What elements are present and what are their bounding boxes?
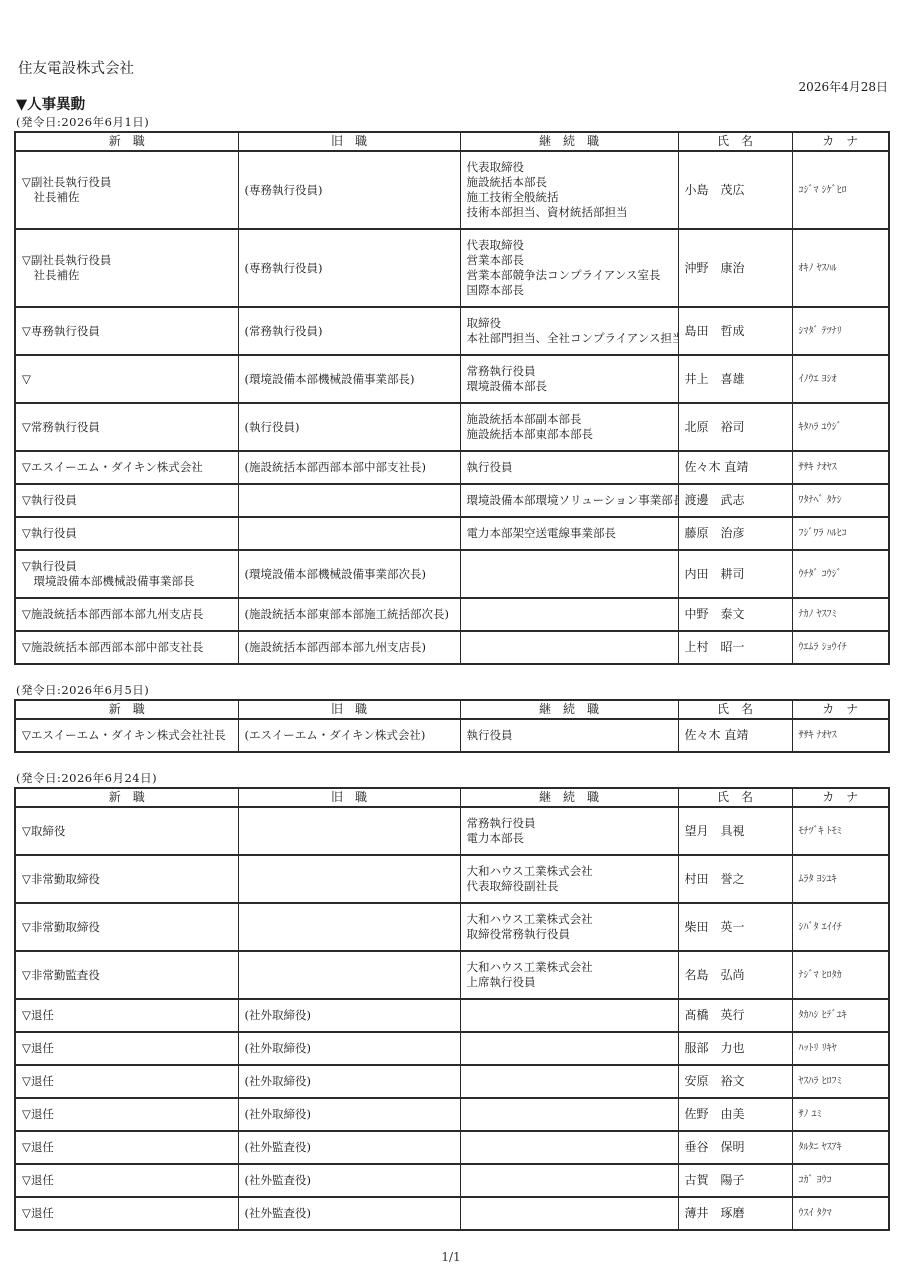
cell-line: ﾊｯﾄﾘ ﾘｷﾔ (799, 1041, 883, 1056)
cell-line: ▽非常勤取締役 (22, 920, 232, 935)
continuing-position-cell: 大和ハウス工業株式会社取締役常務執行役員 (460, 903, 678, 951)
cell-line: ﾅｼﾞﾏ ﾋﾛﾀｶ (799, 968, 883, 983)
new-position-cell: ▽執行役員 (15, 517, 238, 550)
name-cell: 望月 具視 (678, 807, 792, 855)
table-row: ▽副社長執行役員 社長補佐(専務執行役員)代表取締役施設統括本部長施工技術全般統… (15, 151, 889, 229)
cell-line: ｼﾏﾀﾞ ﾃﾂﾅﾘ (799, 324, 883, 339)
kana-cell: ﾅｼﾞﾏ ﾋﾛﾀｶ (792, 951, 889, 999)
personnel-table: 新 職旧 職継 続 職氏 名カ ナ ▽エスイーエム・ダイキン株式会社社長(エスイ… (14, 699, 890, 753)
cell-line: ｼﾊﾞﾀ ｴｲｲﾁ (799, 920, 883, 935)
continuing-position-cell (460, 598, 678, 631)
cell-line: ▽施設統括本部西部本部中部支社長 (22, 640, 232, 655)
name-cell: 沖野 康治 (678, 229, 792, 307)
cell-line: (社外取締役) (245, 1041, 454, 1056)
cell-line: 常務執行役員 (467, 816, 672, 831)
new-position-cell: ▽退任 (15, 1065, 238, 1098)
kana-cell: ｻｻｷ ﾅｵﾔｽ (792, 719, 889, 752)
kana-cell: ﾀﾙﾀﾆ ﾔｽｱｷ (792, 1131, 889, 1164)
name-cell: 北原 裕司 (678, 403, 792, 451)
old-position-cell: (社外取締役) (238, 999, 460, 1032)
cell-line: (エスイーエム・ダイキン株式会社) (245, 728, 454, 743)
cell-line: ▽退任 (22, 1173, 232, 1188)
name-cell: 井上 喜雄 (678, 355, 792, 403)
kana-cell: ﾓﾁﾂﾞｷ ﾄﾓﾐ (792, 807, 889, 855)
kana-cell: ｷﾀﾊﾗ ﾕｳｼﾞ (792, 403, 889, 451)
cell-line: 営業本部競争法コンプライアンス室長 (467, 268, 672, 283)
cell-line: (施設統括本部西部本部九州支店長) (245, 640, 454, 655)
kana-cell: ｺｼﾞﾏ ｼｹﾞﾋﾛ (792, 151, 889, 229)
cell-line: ｳｽｲ ﾀｸﾏ (799, 1206, 883, 1221)
cell-line: ▽退任 (22, 1041, 232, 1056)
cell-line: ▽施設統括本部西部本部九州支店長 (22, 607, 232, 622)
cell-line: 井上 喜雄 (685, 372, 786, 387)
old-position-cell: (常務執行役員) (238, 307, 460, 355)
cell-line: ▽退任 (22, 1206, 232, 1221)
continuing-position-cell (460, 550, 678, 598)
cell-line: ｻｻｷ ﾅｵﾔｽ (799, 460, 883, 475)
new-position-cell: ▽エスイーエム・ダイキン株式会社 (15, 451, 238, 484)
cell-line: 常務執行役員 (467, 364, 672, 379)
cell-line: (施設統括本部東部本部施工統括部次長) (245, 607, 454, 622)
name-cell: 服部 力也 (678, 1032, 792, 1065)
cell-line: ▽非常勤監査役 (22, 968, 232, 983)
announcement-section: (発令日:2026年6月5日) 新 職旧 職継 続 職氏 名カ ナ ▽エスイーエ… (14, 683, 888, 753)
effective-date-label: (発令日:2026年6月5日) (16, 683, 888, 698)
column-header: 継 続 職 (460, 700, 678, 719)
new-position-cell: ▽施設統括本部西部本部中部支社長 (15, 631, 238, 664)
table-row: ▽執行役員 環境設備本部機械設備事業部長(環境設備本部機械設備事業部次長)内田 … (15, 550, 889, 598)
announcement-section: (発令日:2026年6月1日) 新 職旧 職継 続 職氏 名カ ナ ▽副社長執行… (14, 115, 888, 665)
kana-cell: ｵｷﾉ ﾔｽﾊﾙ (792, 229, 889, 307)
name-cell: 髙橋 英行 (678, 999, 792, 1032)
old-position-cell: (社外取締役) (238, 1065, 460, 1098)
cell-line: 電力本部架空送電線事業部長 (467, 526, 672, 541)
cell-line: 本社部門担当、全社コンプライアンス担当 (467, 331, 672, 346)
table-header-row: 新 職旧 職継 続 職氏 名カ ナ (15, 132, 889, 151)
new-position-cell: ▽退任 (15, 999, 238, 1032)
table-row: ▽非常勤取締役大和ハウス工業株式会社代表取締役副社長村田 誉之ﾑﾗﾀ ﾖｼﾕｷ (15, 855, 889, 903)
column-header: 旧 職 (238, 788, 460, 807)
kana-cell: ﾅｶﾉ ﾔｽﾌﾐ (792, 598, 889, 631)
table-row: ▽退任(社外監査役)薄井 琢磨ｳｽｲ ﾀｸﾏ (15, 1197, 889, 1230)
continuing-position-cell: 大和ハウス工業株式会社代表取締役副社長 (460, 855, 678, 903)
cell-line: 大和ハウス工業株式会社 (467, 912, 672, 927)
cell-line: (社外監査役) (245, 1206, 454, 1221)
kana-cell: ｳｴﾑﾗ ｼｮｳｲﾁ (792, 631, 889, 664)
cell-line: 国際本部長 (467, 283, 672, 298)
old-position-cell: (社外監査役) (238, 1131, 460, 1164)
cell-line: ｺｼﾞﾏ ｼｹﾞﾋﾛ (799, 183, 883, 198)
column-header: 氏 名 (678, 700, 792, 719)
old-position-cell: (施設統括本部東部本部施工統括部次長) (238, 598, 460, 631)
kana-cell: ﾊｯﾄﾘ ﾘｷﾔ (792, 1032, 889, 1065)
name-cell: 名島 弘尚 (678, 951, 792, 999)
cell-line: 技術本部担当、資材統括部担当 (467, 205, 672, 220)
table-row: ▽退任(社外取締役)安原 裕文ﾔｽﾊﾗ ﾋﾛﾌﾐ (15, 1065, 889, 1098)
name-cell: 上村 昭一 (678, 631, 792, 664)
cell-line: (社外監査役) (245, 1173, 454, 1188)
continuing-position-cell: 電力本部架空送電線事業部長 (460, 517, 678, 550)
cell-line: 藤原 治彦 (685, 526, 786, 541)
cell-line: 内田 耕司 (685, 567, 786, 582)
old-position-cell: (執行役員) (238, 403, 460, 451)
cell-line: 大和ハウス工業株式会社 (467, 864, 672, 879)
table-body: ▽副社長執行役員 社長補佐(専務執行役員)代表取締役施設統括本部長施工技術全般統… (15, 151, 889, 664)
old-position-cell (238, 855, 460, 903)
cell-line: ▽常務執行役員 (22, 420, 232, 435)
cell-line: 取締役常務執行役員 (467, 927, 672, 942)
new-position-cell: ▽取締役 (15, 807, 238, 855)
kana-cell: ﾜﾀﾅﾍﾞ ﾀｹｼ (792, 484, 889, 517)
announcement-section: (発令日:2026年6月24日) 新 職旧 職継 続 職氏 名カ ナ ▽取締役常… (14, 771, 888, 1231)
cell-line: (専務執行役員) (245, 183, 454, 198)
column-header: 新 職 (15, 700, 238, 719)
cell-line: 施設統括本部副本部長 (467, 412, 672, 427)
name-cell: 垂谷 保明 (678, 1131, 792, 1164)
cell-line: 環境設備本部長 (467, 379, 672, 394)
name-cell: 渡邊 武志 (678, 484, 792, 517)
name-cell: 中野 泰文 (678, 598, 792, 631)
continuing-position-cell: 大和ハウス工業株式会社上席執行役員 (460, 951, 678, 999)
cell-line: ｻﾉ ﾕﾐ (799, 1107, 883, 1122)
kana-cell: ｺｶﾞ ﾖｳｺ (792, 1164, 889, 1197)
cell-line: 施工技術全般統括 (467, 190, 672, 205)
table-row: ▽施設統括本部西部本部中部支社長(施設統括本部西部本部九州支店長)上村 昭一ｳｴ… (15, 631, 889, 664)
old-position-cell: (エスイーエム・ダイキン株式会社) (238, 719, 460, 752)
new-position-cell: ▽エスイーエム・ダイキン株式会社社長 (15, 719, 238, 752)
table-body: ▽エスイーエム・ダイキン株式会社社長(エスイーエム・ダイキン株式会社)執行役員佐… (15, 719, 889, 752)
kana-cell: ﾀｶﾊｼ ﾋﾃﾞﾕｷ (792, 999, 889, 1032)
cell-line: 薄井 琢磨 (685, 1206, 786, 1221)
cell-line: 服部 力也 (685, 1041, 786, 1056)
cell-line: (常務執行役員) (245, 324, 454, 339)
cell-line: 代表取締役副社長 (467, 879, 672, 894)
cell-line: ▽退任 (22, 1140, 232, 1155)
column-header: カ ナ (792, 700, 889, 719)
table-row: ▽エスイーエム・ダイキン株式会社社長(エスイーエム・ダイキン株式会社)執行役員佐… (15, 719, 889, 752)
new-position-cell: ▽退任 (15, 1131, 238, 1164)
cell-line: ｺｶﾞ ﾖｳｺ (799, 1173, 883, 1188)
cell-line: (環境設備本部機械設備事業部長) (245, 372, 454, 387)
table-row: ▽退任(社外取締役)佐野 由美ｻﾉ ﾕﾐ (15, 1098, 889, 1131)
old-position-cell: (環境設備本部機械設備事業部次長) (238, 550, 460, 598)
cell-line: (社外取締役) (245, 1008, 454, 1023)
cell-line: ▽副社長執行役員 (22, 175, 232, 190)
kana-cell: ｻｻｷ ﾅｵﾔｽ (792, 451, 889, 484)
continuing-position-cell: 環境設備本部環境ソリューション事業部長 (460, 484, 678, 517)
kana-cell: ﾔｽﾊﾗ ﾋﾛﾌﾐ (792, 1065, 889, 1098)
continuing-position-cell (460, 999, 678, 1032)
cell-line: 代表取締役 (467, 238, 672, 253)
cell-line: (施設統括本部西部本部中部支社長) (245, 460, 454, 475)
kana-cell: ﾑﾗﾀ ﾖｼﾕｷ (792, 855, 889, 903)
new-position-cell: ▽退任 (15, 1032, 238, 1065)
cell-line: 執行役員 (467, 728, 672, 743)
cell-line: (環境設備本部機械設備事業部次長) (245, 567, 454, 582)
cell-line: ｳﾁﾀﾞ ｺｳｼﾞ (799, 567, 883, 582)
cell-line: 佐々木 直靖 (685, 460, 786, 475)
table-row: ▽常務執行役員(執行役員)施設統括本部副本部長施設統括本部東部本部長北原 裕司ｷ… (15, 403, 889, 451)
table-row: ▽副社長執行役員 社長補佐(専務執行役員)代表取締役営業本部長営業本部競争法コン… (15, 229, 889, 307)
continuing-position-cell: 代表取締役営業本部長営業本部競争法コンプライアンス室長国際本部長 (460, 229, 678, 307)
column-header: 継 続 職 (460, 132, 678, 151)
continuing-position-cell: 常務執行役員電力本部長 (460, 807, 678, 855)
column-header: 新 職 (15, 788, 238, 807)
cell-line: ▽取締役 (22, 824, 232, 839)
cell-line: 垂谷 保明 (685, 1140, 786, 1155)
cell-line: (専務執行役員) (245, 261, 454, 276)
cell-line: 環境設備本部環境ソリューション事業部長 (467, 493, 672, 508)
cell-line: ▽退任 (22, 1107, 232, 1122)
cell-line: ｳｴﾑﾗ ｼｮｳｲﾁ (799, 640, 883, 655)
old-position-cell: (施設統括本部西部本部中部支社長) (238, 451, 460, 484)
kana-cell: ｼﾏﾀﾞ ﾃﾂﾅﾘ (792, 307, 889, 355)
column-header: 旧 職 (238, 700, 460, 719)
old-position-cell (238, 807, 460, 855)
cell-line: ▽非常勤取締役 (22, 872, 232, 887)
cell-line: (社外監査役) (245, 1140, 454, 1155)
column-header: 継 続 職 (460, 788, 678, 807)
kana-cell: ﾌｼﾞﾜﾗ ﾊﾙﾋｺ (792, 517, 889, 550)
column-header: 氏 名 (678, 132, 792, 151)
effective-date-label: (発令日:2026年6月1日) (16, 115, 888, 130)
name-cell: 佐々木 直靖 (678, 451, 792, 484)
table-row: ▽退任(社外取締役)服部 力也ﾊｯﾄﾘ ﾘｷﾔ (15, 1032, 889, 1065)
issue-date: 2026年4月28日 (14, 80, 888, 95)
table-row: ▽退任(社外取締役)髙橋 英行ﾀｶﾊｼ ﾋﾃﾞﾕｷ (15, 999, 889, 1032)
cell-line: 執行役員 (467, 460, 672, 475)
cell-line: ｻｻｷ ﾅｵﾔｽ (799, 728, 883, 743)
table-row: ▽退任(社外監査役)古賀 陽子ｺｶﾞ ﾖｳｺ (15, 1164, 889, 1197)
continuing-position-cell (460, 1131, 678, 1164)
new-position-cell: ▽非常勤監査役 (15, 951, 238, 999)
cell-line: 渡邊 武志 (685, 493, 786, 508)
cell-line: 北原 裕司 (685, 420, 786, 435)
personnel-announcement-document: 住友電設株式会社 2026年4月28日 ▼人事異動 (発令日:2026年6月1日… (0, 0, 902, 1280)
cell-line: 上村 昭一 (685, 640, 786, 655)
new-position-cell: ▽非常勤取締役 (15, 855, 238, 903)
company-name: 住友電設株式会社 (18, 60, 888, 78)
personnel-table: 新 職旧 職継 続 職氏 名カ ナ ▽取締役常務執行役員電力本部長望月 具視ﾓﾁ… (14, 787, 890, 1231)
continuing-position-cell: 常務執行役員環境設備本部長 (460, 355, 678, 403)
old-position-cell: (環境設備本部機械設備事業部長) (238, 355, 460, 403)
cell-line: 村田 誉之 (685, 872, 786, 887)
cell-line: 望月 具視 (685, 824, 786, 839)
continuing-position-cell: 取締役本社部門担当、全社コンプライアンス担当 (460, 307, 678, 355)
cell-line: ﾀﾙﾀﾆ ﾔｽｱｷ (799, 1140, 883, 1155)
name-cell: 佐野 由美 (678, 1098, 792, 1131)
name-cell: 佐々木 直靖 (678, 719, 792, 752)
new-position-cell: ▽非常勤取締役 (15, 903, 238, 951)
name-cell: 内田 耕司 (678, 550, 792, 598)
new-position-cell: ▽退任 (15, 1164, 238, 1197)
cell-line: 古賀 陽子 (685, 1173, 786, 1188)
cell-line: ﾑﾗﾀ ﾖｼﾕｷ (799, 872, 883, 887)
cell-line: 営業本部長 (467, 253, 672, 268)
new-position-cell: ▽副社長執行役員 社長補佐 (15, 229, 238, 307)
table-row: ▽(環境設備本部機械設備事業部長)常務執行役員環境設備本部長井上 喜雄ｲﾉｳｴ … (15, 355, 889, 403)
continuing-position-cell: 執行役員 (460, 451, 678, 484)
personnel-table: 新 職旧 職継 続 職氏 名カ ナ ▽副社長執行役員 社長補佐(専務執行役員)代… (14, 131, 890, 665)
column-header: 氏 名 (678, 788, 792, 807)
cell-line: ▽執行役員 (22, 493, 232, 508)
continuing-position-cell (460, 1164, 678, 1197)
kana-cell: ｼﾊﾞﾀ ｴｲｲﾁ (792, 903, 889, 951)
continuing-position-cell (460, 1032, 678, 1065)
table-row: ▽執行役員環境設備本部環境ソリューション事業部長渡邊 武志ﾜﾀﾅﾍﾞ ﾀｹｼ (15, 484, 889, 517)
cell-line: ▽ (22, 372, 232, 387)
old-position-cell: (専務執行役員) (238, 151, 460, 229)
page-title: ▼人事異動 (16, 96, 888, 114)
name-cell: 安原 裕文 (678, 1065, 792, 1098)
cell-line: 沖野 康治 (685, 261, 786, 276)
new-position-cell: ▽常務執行役員 (15, 403, 238, 451)
kana-cell: ｻﾉ ﾕﾐ (792, 1098, 889, 1131)
cell-line: ｲﾉｳｴ ﾖｼｵ (799, 372, 883, 387)
name-cell: 柴田 英一 (678, 903, 792, 951)
name-cell: 薄井 琢磨 (678, 1197, 792, 1230)
table-body: ▽取締役常務執行役員電力本部長望月 具視ﾓﾁﾂﾞｷ ﾄﾓﾐ▽非常勤取締役大和ハウ… (15, 807, 889, 1230)
old-position-cell: (社外監査役) (238, 1164, 460, 1197)
cell-line: ▽退任 (22, 1074, 232, 1089)
cell-line: ﾅｶﾉ ﾔｽﾌﾐ (799, 607, 883, 622)
table-row: ▽非常勤取締役大和ハウス工業株式会社取締役常務執行役員柴田 英一ｼﾊﾞﾀ ｴｲｲ… (15, 903, 889, 951)
new-position-cell: ▽執行役員 環境設備本部機械設備事業部長 (15, 550, 238, 598)
cell-line: ▽副社長執行役員 (22, 253, 232, 268)
continuing-position-cell (460, 631, 678, 664)
new-position-cell: ▽副社長執行役員 社長補佐 (15, 151, 238, 229)
continuing-position-cell (460, 1098, 678, 1131)
continuing-position-cell (460, 1197, 678, 1230)
cell-line: (社外取締役) (245, 1074, 454, 1089)
old-position-cell (238, 903, 460, 951)
name-cell: 古賀 陽子 (678, 1164, 792, 1197)
table-row: ▽執行役員電力本部架空送電線事業部長藤原 治彦ﾌｼﾞﾜﾗ ﾊﾙﾋｺ (15, 517, 889, 550)
cell-line: ▽執行役員 (22, 526, 232, 541)
continuing-position-cell (460, 1065, 678, 1098)
cell-line: ﾌｼﾞﾜﾗ ﾊﾙﾋｺ (799, 526, 883, 541)
cell-line: ﾜﾀﾅﾍﾞ ﾀｹｼ (799, 493, 883, 508)
cell-line: ｵｷﾉ ﾔｽﾊﾙ (799, 261, 883, 276)
cell-line: 佐野 由美 (685, 1107, 786, 1122)
column-header: カ ナ (792, 788, 889, 807)
cell-line: 施設統括本部東部本部長 (467, 427, 672, 442)
table-row: ▽非常勤監査役大和ハウス工業株式会社上席執行役員名島 弘尚ﾅｼﾞﾏ ﾋﾛﾀｶ (15, 951, 889, 999)
cell-line: ｷﾀﾊﾗ ﾕｳｼﾞ (799, 420, 883, 435)
cell-line: 島田 哲成 (685, 324, 786, 339)
cell-line: 小島 茂広 (685, 183, 786, 198)
name-cell: 藤原 治彦 (678, 517, 792, 550)
kana-cell: ｲﾉｳｴ ﾖｼｵ (792, 355, 889, 403)
table-row: ▽エスイーエム・ダイキン株式会社(施設統括本部西部本部中部支社長)執行役員佐々木… (15, 451, 889, 484)
cell-line: ▽専務執行役員 (22, 324, 232, 339)
page-number: 1/1 (0, 1250, 902, 1264)
old-position-cell: (施設統括本部西部本部九州支店長) (238, 631, 460, 664)
cell-line: 名島 弘尚 (685, 968, 786, 983)
old-position-cell: (社外取締役) (238, 1032, 460, 1065)
cell-line: ﾔｽﾊﾗ ﾋﾛﾌﾐ (799, 1074, 883, 1089)
cell-line: 取締役 (467, 316, 672, 331)
old-position-cell: (社外監査役) (238, 1197, 460, 1230)
cell-line: 環境設備本部機械設備事業部長 (22, 574, 232, 589)
table-row: ▽専務執行役員(常務執行役員)取締役本社部門担当、全社コンプライアンス担当島田 … (15, 307, 889, 355)
cell-line: 柴田 英一 (685, 920, 786, 935)
continuing-position-cell: 施設統括本部副本部長施設統括本部東部本部長 (460, 403, 678, 451)
name-cell: 村田 誉之 (678, 855, 792, 903)
cell-line: 佐々木 直靖 (685, 728, 786, 743)
cell-line: ﾀｶﾊｼ ﾋﾃﾞﾕｷ (799, 1008, 883, 1023)
cell-line: 電力本部長 (467, 831, 672, 846)
new-position-cell: ▽退任 (15, 1098, 238, 1131)
cell-line: 大和ハウス工業株式会社 (467, 960, 672, 975)
table-row: ▽退任(社外監査役)垂谷 保明ﾀﾙﾀﾆ ﾔｽｱｷ (15, 1131, 889, 1164)
cell-line: 代表取締役 (467, 160, 672, 175)
cell-line: 社長補佐 (22, 268, 232, 283)
kana-cell: ｳﾁﾀﾞ ｺｳｼﾞ (792, 550, 889, 598)
old-position-cell: (専務執行役員) (238, 229, 460, 307)
table-header-row: 新 職旧 職継 続 職氏 名カ ナ (15, 788, 889, 807)
cell-line: ﾓﾁﾂﾞｷ ﾄﾓﾐ (799, 824, 883, 839)
cell-line: 安原 裕文 (685, 1074, 786, 1089)
cell-line: ▽退任 (22, 1008, 232, 1023)
new-position-cell: ▽退任 (15, 1197, 238, 1230)
kana-cell: ｳｽｲ ﾀｸﾏ (792, 1197, 889, 1230)
cell-line: ▽エスイーエム・ダイキン株式会社 (22, 460, 232, 475)
column-header: 新 職 (15, 132, 238, 151)
old-position-cell (238, 484, 460, 517)
cell-line: 社長補佐 (22, 190, 232, 205)
cell-line: 髙橋 英行 (685, 1008, 786, 1023)
name-cell: 島田 哲成 (678, 307, 792, 355)
cell-line: 上席執行役員 (467, 975, 672, 990)
sections-container: (発令日:2026年6月1日) 新 職旧 職継 続 職氏 名カ ナ ▽副社長執行… (14, 115, 888, 1231)
effective-date-label: (発令日:2026年6月24日) (16, 771, 888, 786)
cell-line: ▽エスイーエム・ダイキン株式会社社長 (22, 728, 232, 743)
new-position-cell: ▽施設統括本部西部本部九州支店長 (15, 598, 238, 631)
continuing-position-cell: 執行役員 (460, 719, 678, 752)
table-header-row: 新 職旧 職継 続 職氏 名カ ナ (15, 700, 889, 719)
table-row: ▽取締役常務執行役員電力本部長望月 具視ﾓﾁﾂﾞｷ ﾄﾓﾐ (15, 807, 889, 855)
new-position-cell: ▽専務執行役員 (15, 307, 238, 355)
cell-line: 中野 泰文 (685, 607, 786, 622)
column-header: 旧 職 (238, 132, 460, 151)
old-position-cell (238, 517, 460, 550)
name-cell: 小島 茂広 (678, 151, 792, 229)
cell-line: 施設統括本部長 (467, 175, 672, 190)
table-row: ▽施設統括本部西部本部九州支店長(施設統括本部東部本部施工統括部次長)中野 泰文… (15, 598, 889, 631)
continuing-position-cell: 代表取締役施設統括本部長施工技術全般統括技術本部担当、資材統括部担当 (460, 151, 678, 229)
cell-line: (社外取締役) (245, 1107, 454, 1122)
column-header: カ ナ (792, 132, 889, 151)
new-position-cell: ▽執行役員 (15, 484, 238, 517)
cell-line: ▽執行役員 (22, 559, 232, 574)
old-position-cell: (社外取締役) (238, 1098, 460, 1131)
cell-line: (執行役員) (245, 420, 454, 435)
new-position-cell: ▽ (15, 355, 238, 403)
old-position-cell (238, 951, 460, 999)
